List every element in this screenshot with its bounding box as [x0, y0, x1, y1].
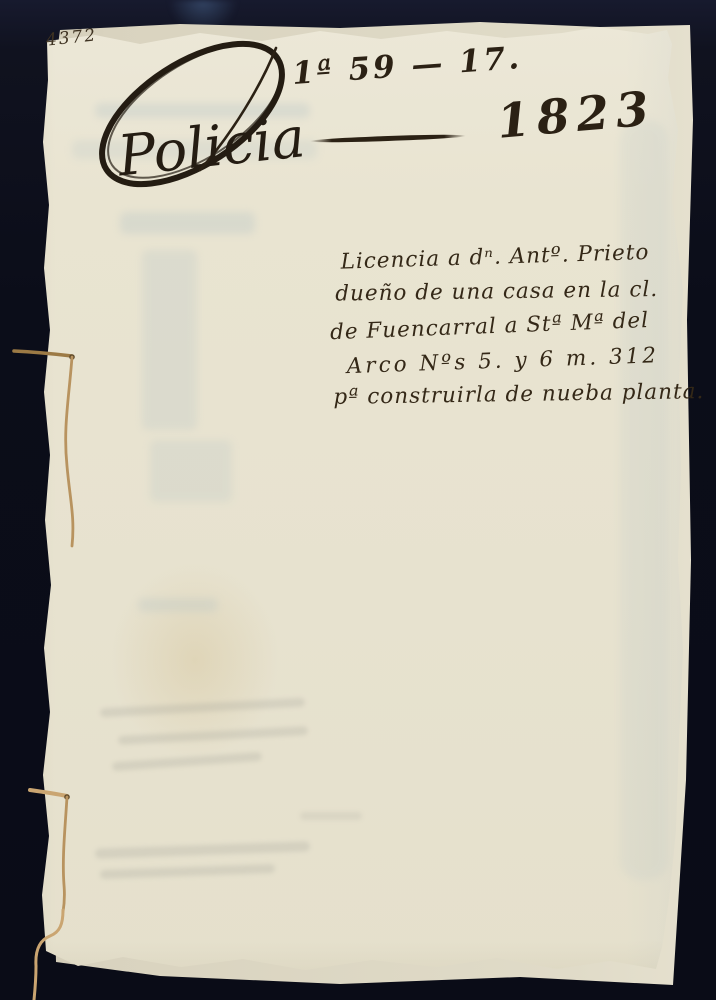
binding-thread-top-tail	[14, 351, 72, 356]
binding-thread-bottom-tail	[30, 790, 67, 796]
binding-thread-top	[66, 357, 73, 546]
binding-thread-bottom-hook	[34, 910, 63, 1000]
scanned-document-photo: { "colors":{ "bg":"#0b0d1a","paper":"#e9…	[0, 0, 716, 1000]
binding-threads	[0, 0, 716, 1000]
binding-thread-bottom	[63, 797, 67, 912]
